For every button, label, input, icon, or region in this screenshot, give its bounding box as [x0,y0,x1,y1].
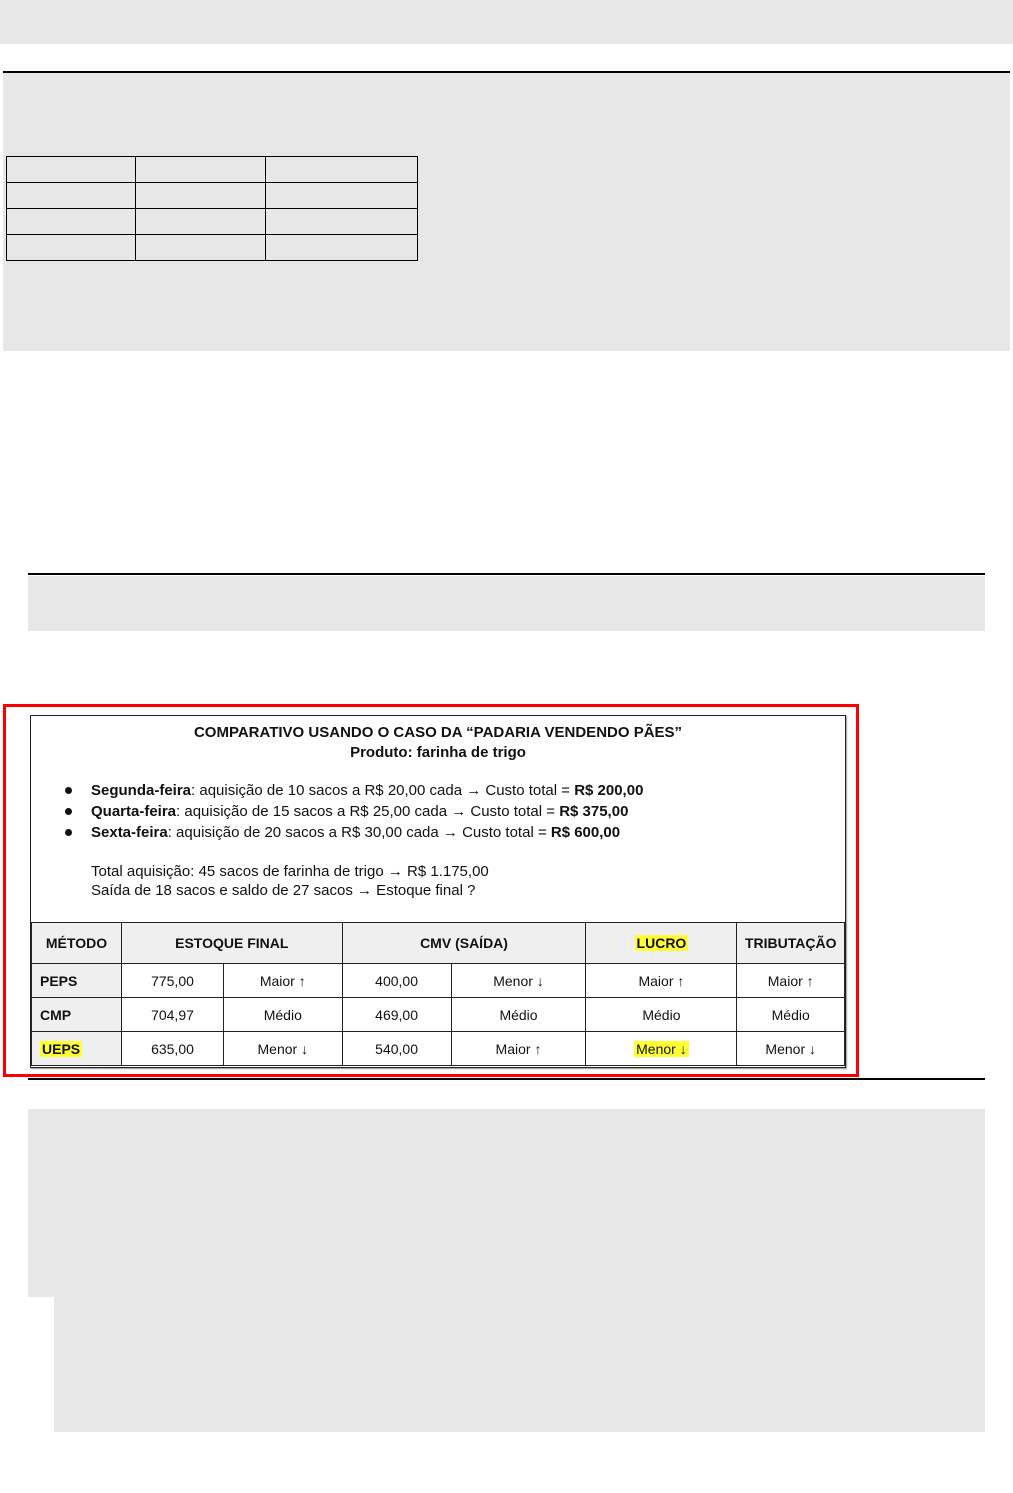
list-item: Quarta-feira: aquisição de 15 sacos a R$… [91,801,643,822]
cell: Maior ↑ [737,964,845,998]
cell: 775,00 [122,964,224,998]
exit-line: Saída de 18 sacos e saldo de 27 sacos → … [91,881,489,900]
top-gray-band [0,0,1013,44]
redacted-block [54,1297,985,1432]
section-divider [28,1078,985,1080]
total-line: Total aquisição: 45 sacos de farinha de … [91,862,489,881]
header-metodo: MÉTODO [32,923,122,964]
cell: 469,00 [342,998,451,1032]
header-tributacao: TRIBUTAÇÃO [737,923,845,964]
figure-title: COMPARATIVO USANDO O CASO DA “PADARIA VE… [31,724,845,741]
totals-text: Total aquisição: 45 sacos de farinha de … [91,862,489,900]
table-row: UEPS 635,00 Menor ↓ 540,00 Maior ↑ Menor… [32,1032,845,1066]
method-cell: UEPS [32,1032,122,1066]
cell: 704,97 [122,998,224,1032]
list-item: Segunda-feira: aquisição de 10 sacos a R… [91,780,643,801]
cell: Maior ↑ [451,1032,586,1066]
cell: Menor ↓ [451,964,586,998]
purchase-list: Segunda-feira: aquisição de 10 sacos a R… [91,780,643,843]
table-row: PEPS 775,00 Maior ↑ 400,00 Menor ↓ Maior… [32,964,845,998]
cell: Maior ↑ [224,964,343,998]
cell: 540,00 [342,1032,451,1066]
method-cell: CMP [32,998,122,1032]
redacted-block [28,576,985,631]
cell: Médio [224,998,343,1032]
comparison-table: MÉTODO ESTOQUE FINAL CMV (SAÍDA) LUCRO T… [31,922,845,1066]
cell: 400,00 [342,964,451,998]
bullet-icon [65,808,72,815]
cell: Menor ↓ [586,1032,737,1066]
header-lucro: LUCRO [586,923,737,964]
comparison-figure: COMPARATIVO USANDO O CASO DA “PADARIA VE… [30,715,846,1068]
table-row: CMP 704,97 Médio 469,00 Médio Médio Médi… [32,998,845,1032]
section-divider [28,573,985,575]
method-cell: PEPS [32,964,122,998]
empty-table [6,156,418,261]
redacted-block [28,1109,985,1297]
header-estoque: ESTOQUE FINAL [122,923,343,964]
table-header-row: MÉTODO ESTOQUE FINAL CMV (SAÍDA) LUCRO T… [32,923,845,964]
cell: Menor ↓ [224,1032,343,1066]
cell: Médio [451,998,586,1032]
cell: Médio [586,998,737,1032]
bullet-icon [65,829,72,836]
bullet-icon [65,787,72,794]
cell: Maior ↑ [586,964,737,998]
cell: Médio [737,998,845,1032]
figure-subtitle: Produto: farinha de trigo [31,744,845,761]
cell: Menor ↓ [737,1032,845,1066]
cell: 635,00 [122,1032,224,1066]
header-cmv: CMV (SAÍDA) [342,923,586,964]
list-item: Sexta-feira: aquisição de 20 sacos a R$ … [91,822,643,843]
